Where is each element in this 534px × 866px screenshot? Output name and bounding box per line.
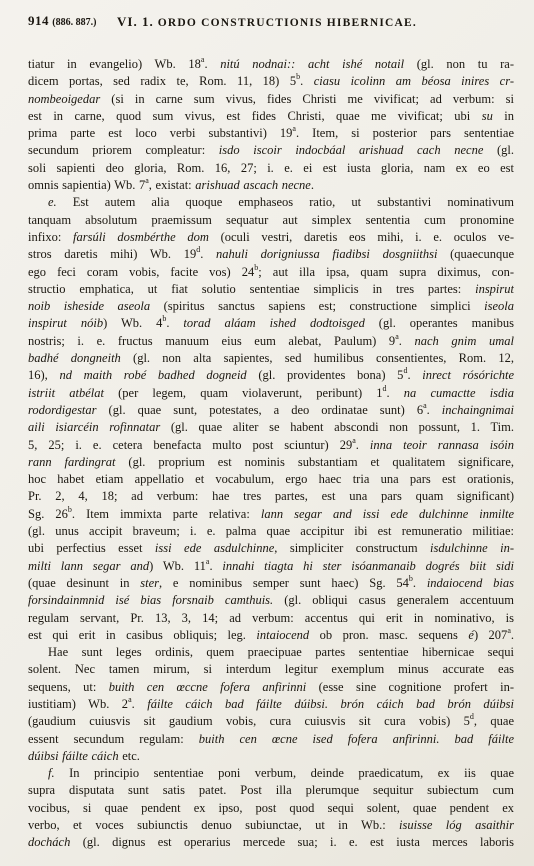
latin-text: Sg. 26 (28, 507, 68, 521)
book-page: 914 (886. 887.) VI. 1. ORDO CONSTRUCTION… (0, 0, 534, 866)
text-line: tiatur in evangelio) Wb. 18a. nitú nodna… (28, 56, 514, 73)
latin-text: (esse sine cognitione profert in- (306, 680, 514, 694)
latin-text: 5, 25; i. e. cetera benefacta multo post… (28, 438, 352, 452)
latin-text: ) 207 (474, 628, 507, 642)
text-line: essent secundum regulam: buith cen œcne … (28, 731, 514, 748)
irish-gloss-text: iseola (484, 299, 514, 313)
latin-text: (gl. quae aliter se habent abscondi non … (160, 420, 514, 434)
irish-gloss-text: noib isheside aseola (28, 299, 150, 313)
latin-text: . (427, 403, 442, 417)
text-line: inspirut nóib) Wb. 4b. torad aláam ished… (28, 315, 514, 332)
latin-text: , simpliciter constructum (274, 541, 430, 555)
latin-text: soli sapienti deo gloria, Rom. 16, 27; i… (28, 161, 514, 175)
text-line: structio emphatica, ut fiat solutio sent… (28, 281, 514, 298)
latin-text: prima parte est loco verbi substantivi) … (28, 126, 292, 140)
text-line: rodordigestar (gl. quae sunt, potestates… (28, 402, 514, 419)
text-line: rann fardingrat (gl. proprium est nomini… (28, 454, 514, 471)
irish-gloss-text: nahuli dorigniussa fiadibsi dosgniithsi (216, 247, 437, 261)
latin-text: . (311, 178, 314, 192)
latin-text: . (387, 386, 404, 400)
latin-text: . (204, 57, 220, 71)
page-body: tiatur in evangelio) Wb. 18a. nitú nodna… (0, 43, 534, 852)
irish-gloss-text: inspirut (475, 282, 514, 296)
text-line: e. Est autem alia quoque emphaseos ratio… (28, 194, 514, 211)
text-line: 5, 25; i. e. cetera benefacta multo post… (28, 437, 514, 454)
text-line: ego feci coram vobis, facite vos) 24b; a… (28, 264, 514, 281)
irish-gloss-text: isdo iscoir indocbáal arishuad cach necn… (219, 143, 484, 157)
irish-gloss-text: fáilte cáich bad fáilte dúibsi. brón cái… (147, 697, 514, 711)
text-line: (gaudium cuiusvis sit gaudium vobis, cur… (28, 713, 514, 730)
irish-gloss-text: innahi tiagta hi ster isóanmanaib dogrés… (222, 559, 514, 573)
irish-gloss-text: nombeoigedar (28, 92, 100, 106)
latin-text: . Item, si posterior pars sententiae (296, 126, 514, 140)
text-line: iustitiam) Wb. 2a. fáilte cáich bad fáil… (28, 696, 514, 713)
latin-text: ; aut illa ipsa, quam supra diximus, con… (258, 265, 514, 279)
page-header: 914 (886. 887.) VI. 1. ORDO CONSTRUCTION… (0, 0, 534, 43)
section-label: VI. 1. (117, 14, 154, 29)
latin-text: , existat: (149, 178, 195, 192)
latin-text: (gl. unus accipit braveum; i. e. palma q… (28, 524, 514, 538)
latin-text: (gl. providentes bona) 5 (247, 368, 404, 382)
irish-gloss-text: inrect rósórichte (422, 368, 514, 382)
latin-text: . (399, 334, 415, 348)
latin-text: . (511, 628, 514, 642)
irish-gloss-text: su (482, 109, 493, 123)
latin-text: (gl. proprium est nominis substantiam et… (115, 455, 514, 469)
latin-text: (gl. non alta sapientes, sed humilibus c… (121, 351, 514, 365)
latin-text: solent. Nec tamen mirum, si interdum leg… (28, 662, 514, 676)
latin-text: etc. (119, 749, 140, 763)
irish-gloss-text: e. (48, 195, 57, 209)
latin-text: 16), (28, 368, 59, 382)
irish-gloss-text: dochách (28, 835, 70, 849)
latin-text: . (209, 559, 222, 573)
irish-gloss-text: nitú nodnai:: acht ishé notail (220, 57, 404, 71)
latin-text: dicem portas, sed radix te, Rom. 11, 18)… (28, 74, 296, 88)
latin-text: (gl. non tu ra- (404, 57, 514, 71)
text-line: secundum priorem compleatur: isdo iscoir… (28, 142, 514, 159)
irish-gloss-text: forsindainmnid isé bias forsnaib camthui… (28, 593, 273, 607)
text-line: stros daretis mihi) Wb. 19d. nahuli dori… (28, 246, 514, 263)
latin-text: infixo: (28, 230, 73, 244)
latin-text: est qui erit in casibus obliquis; leg. (28, 628, 256, 642)
text-line: badhé dongneith (gl. non alta sapientes,… (28, 350, 514, 367)
text-line: dochách (gl. dignus est operarius merced… (28, 834, 514, 851)
text-line: solent. Nec tamen mirum, si interdum leg… (28, 661, 514, 678)
irish-gloss-text: milti lann segar and (28, 559, 149, 573)
text-line: Pr. 2, 4, 18; ad verbum: hae tres partes… (28, 488, 514, 505)
irish-gloss-text: isuisse lóg asaithir (399, 818, 514, 832)
text-line: vocibus, si quae pendent ex ipso, post q… (28, 800, 514, 817)
latin-text: sequens, ut: (28, 680, 109, 694)
text-line: sequens, ut: buith cen œccne fofera anfi… (28, 679, 514, 696)
text-line: (quae desinunt in ster, e nominibus semp… (28, 575, 514, 592)
latin-text: , e nominibus semper sunt haec) Sg. 54 (159, 576, 409, 590)
irish-gloss-text: istriit atbélat (28, 386, 104, 400)
latin-text: supra disputata sunt satis patet. Post i… (28, 783, 514, 797)
text-line: milti lann segar and) Wb. 11a. innahi ti… (28, 558, 514, 575)
latin-text: ob pron. masc. sequens (309, 628, 468, 642)
latin-text: . (132, 697, 148, 711)
irish-gloss-text: f. (48, 766, 55, 780)
latin-text: . (300, 74, 314, 88)
latin-text: tiatur in evangelio) Wb. 18 (28, 57, 201, 71)
latin-text: omnis sapientia) Wb. 7 (28, 178, 145, 192)
latin-text: ego feci coram vobis, facite vos) 24 (28, 265, 254, 279)
latin-text: (gaudium cuiusvis sit gaudium vobis, cur… (28, 714, 470, 728)
irish-gloss-text: indaiocend bias (427, 576, 514, 590)
irish-gloss-text: inna teoir rannasa isóin (370, 438, 514, 452)
latin-text: structio emphatica, ut fiat solutio sent… (28, 282, 475, 296)
irish-gloss-text: inchaingnimai (442, 403, 514, 417)
latin-text: stros daretis mihi) Wb. 19 (28, 247, 196, 261)
latin-text: (gl. quae sunt, potestates, a deo ordina… (97, 403, 424, 417)
latin-text: regulam servant, Pr. 13, 3, 14; ad verbu… (28, 611, 514, 625)
text-line: noib isheside aseola (spiritus sanctus s… (28, 298, 514, 315)
irish-gloss-text: dúibsi fáilte cáich (28, 749, 119, 763)
latin-text: verbo, et voces subiunctis denuo subiunc… (28, 818, 399, 832)
text-line: est in carne, quod sum vivus, est fides … (28, 108, 514, 125)
irish-gloss-text: ster (140, 576, 159, 590)
irish-gloss-text: isdulchinne in- (430, 541, 514, 555)
irish-gloss-text: inspirut nóib (28, 316, 103, 330)
latin-text: tanquam absolutum praemissum sequatur au… (28, 213, 514, 227)
text-line: (gl. unus accipit braveum; i. e. palma q… (28, 523, 514, 540)
text-line: regulam servant, Pr. 13, 3, 14; ad verbu… (28, 610, 514, 627)
text-line: dicem portas, sed radix te, Rom. 11, 18)… (28, 73, 514, 90)
latin-text: (quae desinunt in (28, 576, 140, 590)
irish-gloss-text: na cumactte isdia (404, 386, 514, 400)
latin-text: , quae (474, 714, 514, 728)
irish-gloss-text: rodordigestar (28, 403, 97, 417)
latin-text: Hae sunt leges ordinis, quem praecipuae … (48, 645, 514, 659)
text-line: nostris; i. e. fructus manuum eius eum a… (28, 333, 514, 350)
text-line: aili isiarcéin rofinnatar (gl. quae alit… (28, 419, 514, 436)
text-line: f. In principio sententiae poni verbum, … (28, 765, 514, 782)
running-head: VI. 1. ORDO CONSTRUCTIONIS HIBERNICAE. (0, 13, 534, 31)
irish-gloss-text: buith cen œcne ised fofera anfirinni. ba… (199, 732, 514, 746)
latin-text: (gl. obliqui casus generalem accentuum (273, 593, 514, 607)
irish-gloss-text: farsúli dosmbérthe dom (73, 230, 209, 244)
irish-gloss-text: ciasu icolinn am béosa inires cr- (314, 74, 514, 88)
latin-text: . Item immixta parte relativa: (72, 507, 261, 521)
irish-gloss-text: issi ede asdulchinne (155, 541, 274, 555)
text-line: istriit atbélat (per legem, quam violave… (28, 385, 514, 402)
text-line: omnis sapientia) Wb. 7a, existat: arishu… (28, 177, 514, 194)
text-line: nombeoigedar (si in carne sum vivus, fid… (28, 91, 514, 108)
latin-text: (si in carne sum vivus, fides Christi me… (100, 92, 514, 106)
irish-gloss-text: lann segar and issi ede dulchinne inmilt… (261, 507, 514, 521)
irish-gloss-text: intaiocend (256, 628, 309, 642)
latin-text: . (166, 316, 183, 330)
latin-text: nostris; i. e. fructus manuum eius eum a… (28, 334, 395, 348)
text-line: Hae sunt leges ordinis, quem praecipuae … (28, 644, 514, 661)
irish-gloss-text: nach gnim umal (414, 334, 514, 348)
latin-text: vocibus, si quae pendent ex ipso, post q… (28, 801, 514, 815)
latin-text: (gl. dignus est operarius mercede sua; i… (70, 835, 514, 849)
latin-text: (oculi vestri, daretis eos mihi, i. e. o… (209, 230, 514, 244)
text-line: est qui erit in casibus obliquis; leg. i… (28, 627, 514, 644)
text-line: verbo, et voces subiunctis denuo subiunc… (28, 817, 514, 834)
latin-text: (gl. (483, 143, 514, 157)
latin-text: in (493, 109, 514, 123)
irish-gloss-text: arishuad ascach necne (195, 178, 311, 192)
latin-text: secundum priorem compleatur: (28, 143, 219, 157)
latin-text: ubi perfectius esset (28, 541, 155, 555)
text-line: infixo: farsúli dosmbérthe dom (oculi ve… (28, 229, 514, 246)
latin-text: (per legem, quam violaverunt, peribunt) … (104, 386, 383, 400)
latin-text: est in carne, quod sum vivus, est fides … (28, 109, 482, 123)
latin-text: (spiritus sanctus sapiens est; construct… (150, 299, 484, 313)
latin-text: . (356, 438, 370, 452)
irish-gloss-text: nd maith robé badhed dogneid (59, 368, 246, 382)
irish-gloss-text: buith cen œccne fofera anfirinni (109, 680, 307, 694)
text-line: ubi perfectius esset issi ede asdulchinn… (28, 540, 514, 557)
irish-gloss-text: aili isiarcéin rofinnatar (28, 420, 160, 434)
text-line: hoc habet etiam appellatio et vocabulum,… (28, 471, 514, 488)
text-line: 16), nd maith robé badhed dogneid (gl. p… (28, 367, 514, 384)
latin-text: (gl. operantes manibus (365, 316, 514, 330)
latin-text: ) Wb. 11 (149, 559, 206, 573)
text-line: tanquam absolutum praemissum sequatur au… (28, 212, 514, 229)
running-title: ORDO CONSTRUCTIONIS HIBERNICAE. (158, 17, 417, 29)
text-line: prima parte est loco verbi substantivi) … (28, 125, 514, 142)
latin-text: . (413, 576, 427, 590)
irish-gloss-text: badhé dongneith (28, 351, 121, 365)
latin-text: Pr. 2, 4, 18; ad verbum: hae tres partes… (28, 489, 514, 503)
latin-text: ) Wb. 4 (103, 316, 162, 330)
irish-gloss-text: rann fardingrat (28, 455, 115, 469)
latin-text: iustitiam) Wb. 2 (28, 697, 128, 711)
latin-text: essent secundum regulam: (28, 732, 199, 746)
latin-text: . (407, 368, 422, 382)
text-line: soli sapienti deo gloria, Rom. 16, 27; i… (28, 160, 514, 177)
text-line: Sg. 26b. Item immixta parte relativa: la… (28, 506, 514, 523)
latin-text: . (200, 247, 216, 261)
latin-text: (quaecunque (437, 247, 514, 261)
latin-text: hoc habet etiam appellatio et vocabulum,… (28, 472, 514, 486)
text-line: dúibsi fáilte cáich etc. (28, 748, 514, 765)
text-line: supra disputata sunt satis patet. Post i… (28, 782, 514, 799)
text-line: forsindainmnid isé bias forsnaib camthui… (28, 592, 514, 609)
latin-text: In principio sententiae poni verbum, dei… (55, 766, 514, 780)
irish-gloss-text: torad aláam ished dodtoisged (183, 316, 364, 330)
latin-text: Est autem alia quoque emphaseos ratio, u… (57, 195, 514, 209)
